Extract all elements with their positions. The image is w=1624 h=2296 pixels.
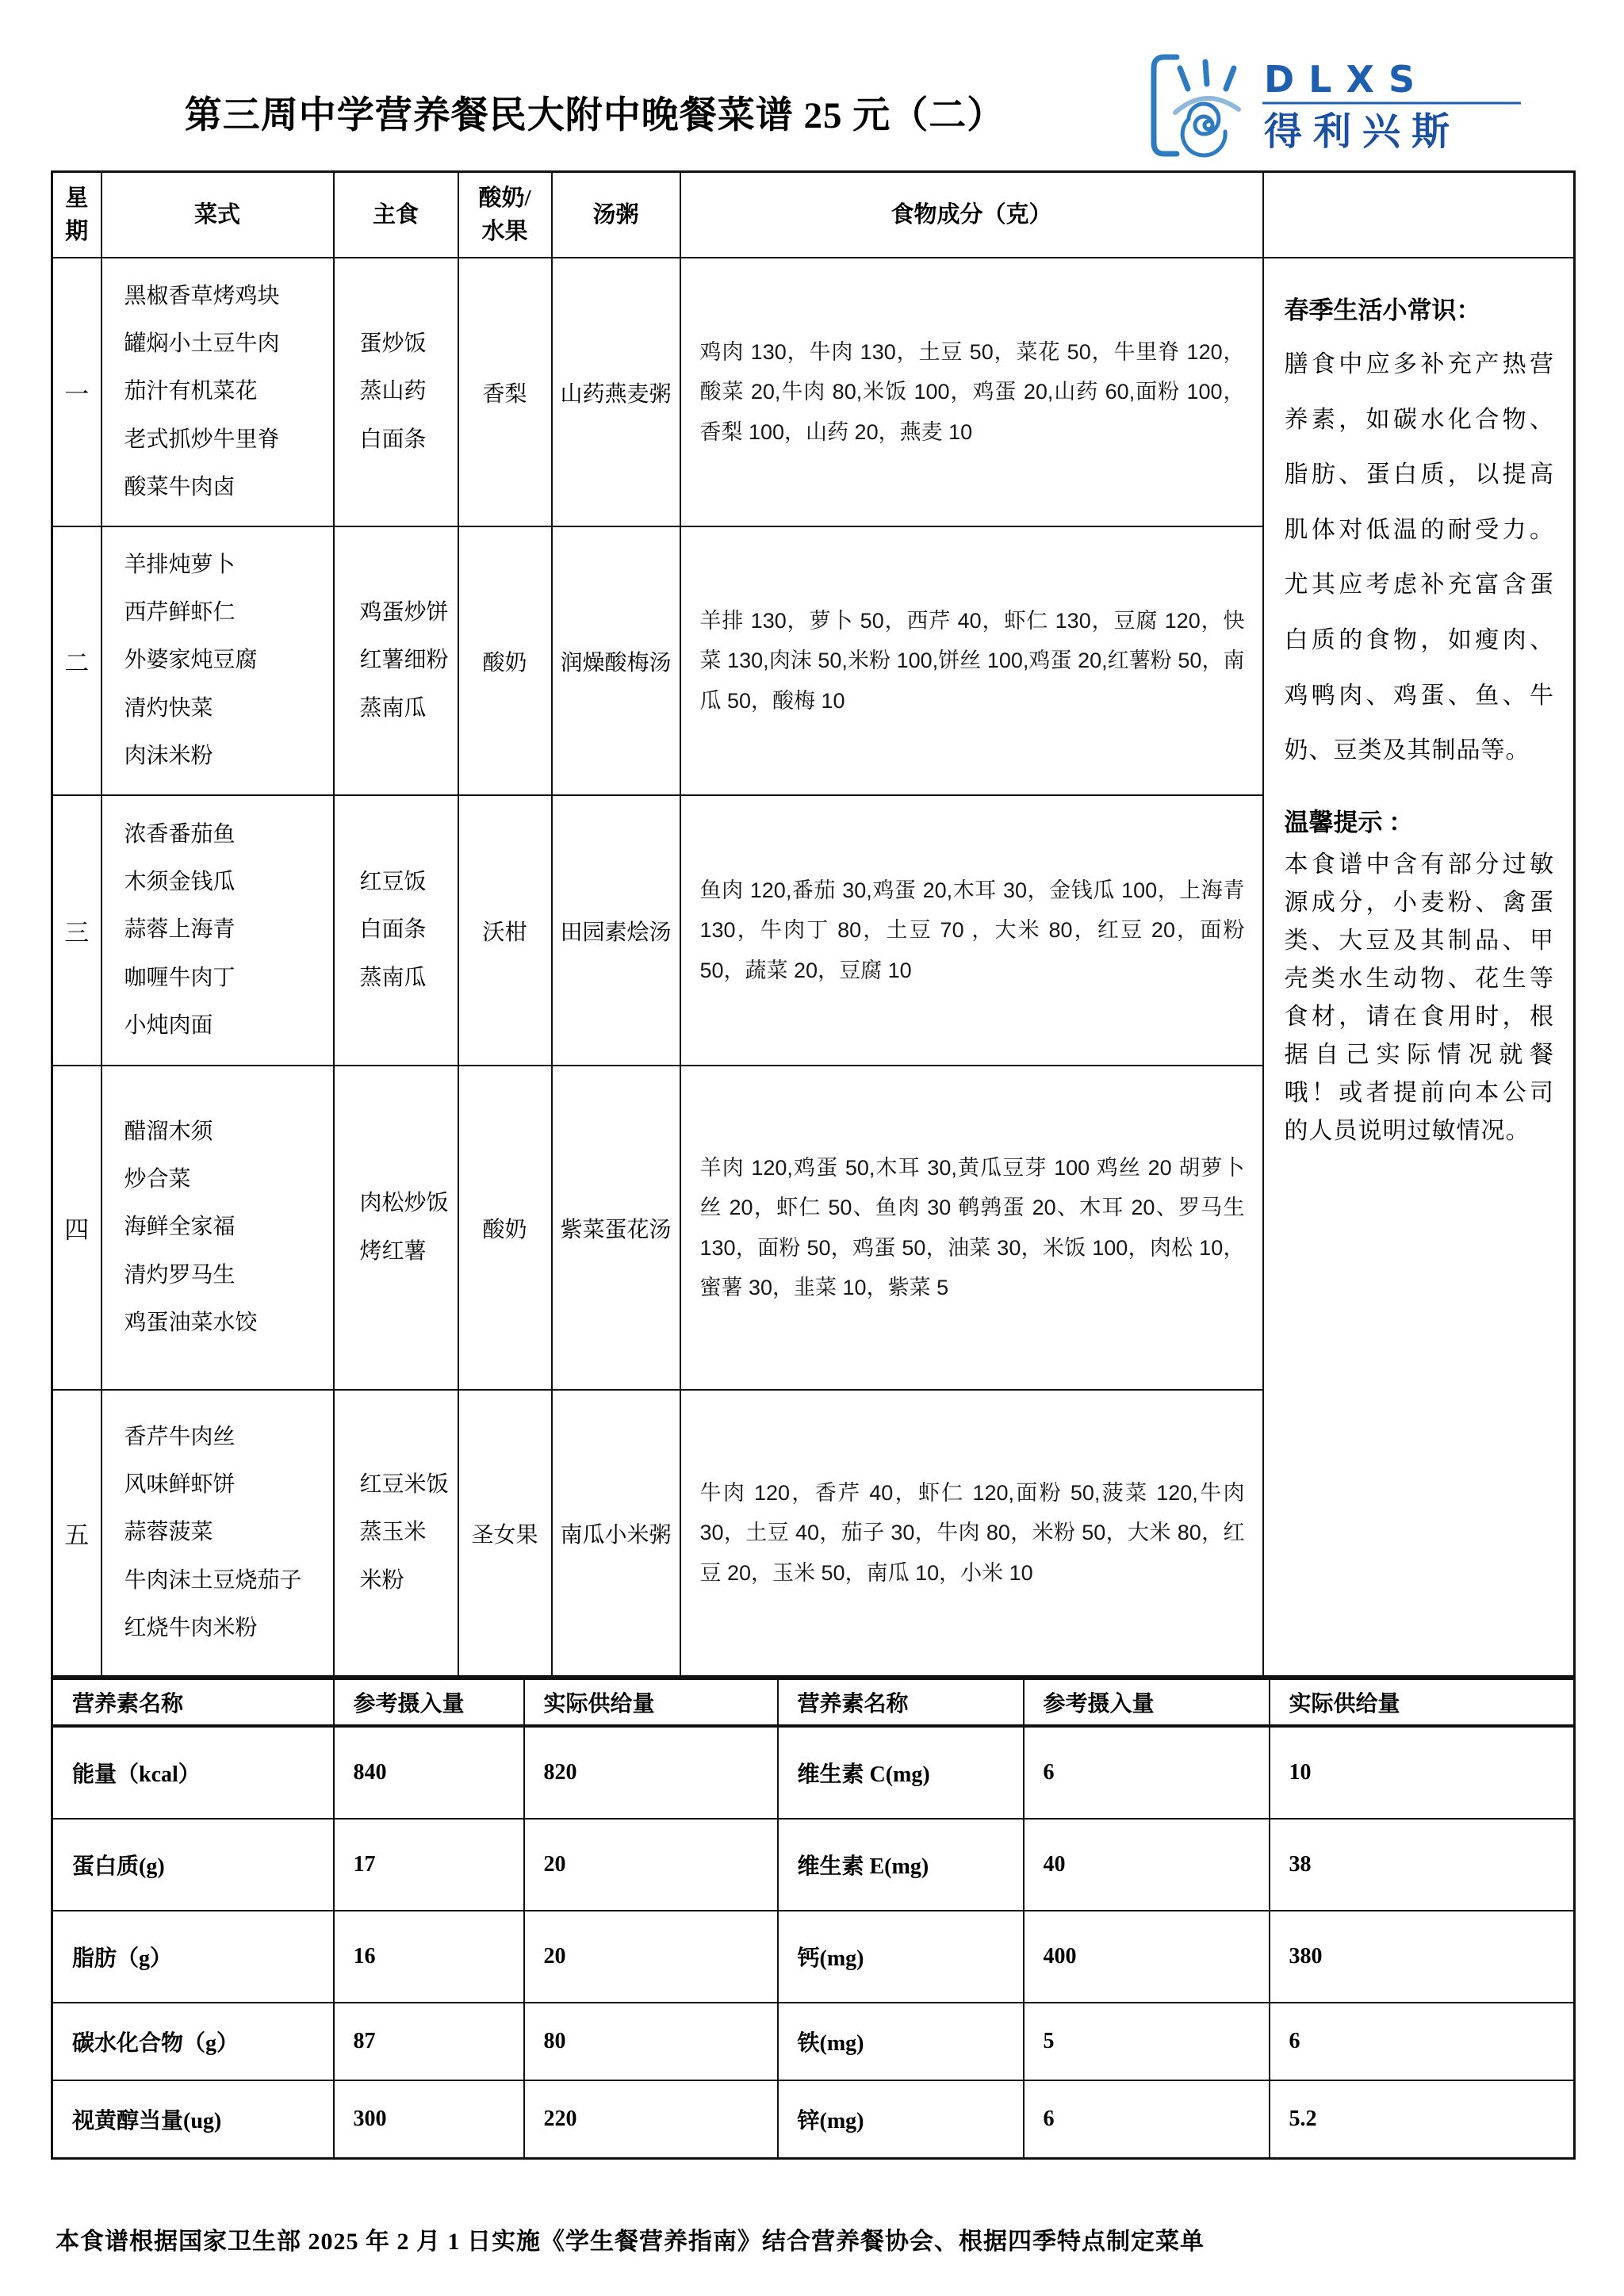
day-cell: 一 [52,258,101,526]
soup-cell: 润燥酸梅汤 [552,526,680,795]
ingredients-cell: 羊排 130，萝卜 50，西芹 40，虾仁 130，豆腐 120，快菜 130,… [680,526,1263,795]
staples-cell: 鸡蛋炒饼 红薯细粉 蒸南瓜 [334,526,458,795]
dishes-cell: 香芹牛肉丝 风味鲜虾饼 蒜蓉菠菜 牛肉沫土豆烧茄子 红烧牛肉米粉 [101,1390,334,1677]
logo-letters: DLXS [1264,58,1429,101]
seasonal-tip-body: 膳食中应多补充产热营养素，如碳水化合物、脂肪、蛋白质，以提高肌体对低温的耐受力。… [1285,337,1555,779]
allergy-notice-title: 温馨提示 ： [1285,802,1555,838]
footer-note: 本食谱根据国家卫生部 2025 年 2 月 1 日实施《学生餐营养指南》结合营养… [56,2221,1573,2256]
header-yogurt-fruit: 酸奶/ 水果 [458,172,552,258]
soup-cell: 田园素烩汤 [552,795,680,1066]
nutrient-name: 维生素 C(mg) [778,1726,1024,1819]
company-logo: DLXS 得利兴斯 [1148,52,1545,163]
reference-intake: 17 [334,1819,524,1911]
nutrition-row: 视黄醇当量(ug) 300 220 锌(mg) 6 5.2 [52,2080,1575,2159]
nutrient-name: 视黄醇当量(ug) [52,2080,334,2159]
menu-document-page: 第三周中学营养餐民大附中晚餐菜谱 25 元（二） DLXS 得利兴斯 星期 菜式 [0,0,1624,2296]
fruit-cell: 圣女果 [458,1390,552,1677]
sidebar-cell: 春季生活小常识： 膳食中应多补充产热营养素，如碳水化合物、脂肪、蛋白质，以提高肌… [1263,258,1575,1677]
staples-cell: 肉松炒饭 烤红薯 [334,1066,458,1390]
nutrient-name-header: 营养素名称 [52,1679,334,1727]
reference-intake: 87 [334,2003,524,2080]
menu-header-row: 星期 菜式 主食 酸奶/ 水果 汤粥 食物成分（克） [52,172,1575,258]
actual-supply: 220 [524,2080,778,2159]
reference-intake: 400 [1024,1911,1270,2003]
logo-graphic: DLXS 得利兴斯 [1148,52,1545,163]
nutrient-name: 碳水化合物（g） [52,2003,334,2080]
nutrition-table: 营养素名称 参考摄入量 实际供给量 营养素名称 参考摄入量 实际供给量 能量（k… [51,1678,1576,2160]
actual-supply: 80 [524,2003,778,2080]
day-cell: 三 [52,795,101,1066]
reference-intake: 6 [1024,2080,1270,2159]
nutrient-name: 能量（kcal） [52,1726,334,1819]
nutrient-name: 钙(mg) [778,1911,1024,2003]
dishes-cell: 浓香番茄鱼 木须金钱瓜 蒜蓉上海青 咖喱牛肉丁 小炖肉面 [101,795,334,1066]
actual-supply-header: 实际供给量 [1270,1679,1575,1727]
fruit-cell: 酸奶 [458,1066,552,1390]
staples-cell: 蛋炒饭 蒸山药 白面条 [334,258,458,526]
nutrient-name: 维生素 E(mg) [778,1819,1024,1911]
reference-intake: 40 [1024,1819,1270,1911]
nutrient-name: 脂肪（g） [52,1911,334,2003]
allergy-notice-body: 本食谱中含有部分过敏源成分，小麦粉、禽蛋类、大豆及其制品、甲壳类水生动物、花生等… [1285,846,1555,1150]
header-dishes: 菜式 [101,172,334,258]
document-content: 星期 菜式 主食 酸奶/ 水果 汤粥 食物成分（克） 一 黑椒香草烤鸡块 罐焖小… [51,170,1573,2256]
dishes-cell: 黑椒香草烤鸡块 罐焖小土豆牛肉 茄汁有机菜花 老式抓炒牛里脊 酸菜牛肉卤 [101,258,334,526]
nutrient-name: 蛋白质(g) [52,1819,334,1911]
header-weekday: 星期 [52,172,101,258]
staples-cell: 红豆米饭 蒸玉米 米粉 [334,1390,458,1677]
logo-frame [1154,57,1177,154]
dishes-cell: 羊排炖萝卜 西芹鲜虾仁 外婆家炖豆腐 清灼快菜 肉沫米粉 [101,526,334,795]
ingredients-cell: 羊肉 120,鸡蛋 50,木耳 30,黄瓜豆芽 100 鸡丝 20 胡萝卜丝 2… [680,1066,1263,1390]
reference-intake-header: 参考摄入量 [1024,1679,1270,1727]
day-cell: 四 [52,1066,101,1390]
reference-intake: 840 [334,1726,524,1819]
ingredients-cell: 鸡肉 130，牛肉 130，土豆 50，菜花 50，牛里脊 120，酸菜 20,… [680,258,1263,526]
reference-intake: 5 [1024,2003,1270,2080]
nutrition-row: 脂肪（g） 16 20 钙(mg) 400 380 [52,1911,1575,2003]
actual-supply-header: 实际供给量 [524,1679,778,1727]
staples-cell: 红豆饭 白面条 蒸南瓜 [334,795,458,1066]
day-cell: 五 [52,1390,101,1677]
logo-company-name: 得利兴斯 [1264,109,1461,154]
nutrition-row: 碳水化合物（g） 87 80 铁(mg) 5 6 [52,2003,1575,2080]
dishes-cell: 醋溜木须 炒合菜 海鲜全家福 清灼罗马生 鸡蛋油菜水饺 [101,1066,334,1390]
actual-supply: 20 [524,1911,778,2003]
ingredients-cell: 牛肉 120，香芹 40，虾仁 120,面粉 50,菠菜 120,牛肉 30，土… [680,1390,1263,1677]
soup-cell: 紫菜蛋花汤 [552,1066,680,1390]
reference-intake-header: 参考摄入量 [334,1679,524,1727]
reference-intake: 6 [1024,1726,1270,1819]
soup-cell: 南瓜小米粥 [552,1390,680,1677]
nutrition-header-row: 营养素名称 参考摄入量 实际供给量 营养素名称 参考摄入量 实际供给量 [52,1679,1575,1727]
logo-lash-icon [1205,62,1207,84]
ingredients-cell: 鱼肉 120,番茄 30,鸡蛋 20,木耳 30，金钱瓜 100，上海青 130… [680,795,1263,1066]
actual-supply: 5.2 [1270,2080,1575,2159]
seasonal-tip-title: 春季生活小常识： [1285,290,1555,326]
fruit-cell: 沃柑 [458,795,552,1066]
actual-supply: 20 [524,1819,778,1911]
nutrition-row: 蛋白质(g) 17 20 维生素 E(mg) 40 38 [52,1819,1575,1911]
actual-supply: 38 [1270,1819,1575,1911]
header-staple: 主食 [334,172,458,258]
reference-intake: 16 [334,1911,524,2003]
nutrition-row: 能量（kcal） 840 820 维生素 C(mg) 6 10 [52,1726,1575,1819]
actual-supply: 820 [524,1726,778,1819]
actual-supply: 6 [1270,2003,1575,2080]
fruit-cell: 酸奶 [458,526,552,795]
nutrient-name-header: 营养素名称 [778,1679,1024,1727]
header-soup: 汤粥 [552,172,680,258]
fruit-cell: 香梨 [458,258,552,526]
nutrient-name: 锌(mg) [778,2080,1024,2159]
reference-intake: 300 [334,2080,524,2159]
soup-cell: 山药燕麦粥 [552,258,680,526]
logo-eye-swirl-icon [1182,104,1225,155]
logo-lash-icon [1226,68,1234,89]
weekly-menu-table: 星期 菜式 主食 酸奶/ 水果 汤粥 食物成分（克） 一 黑椒香草烤鸡块 罐焖小… [51,170,1576,1678]
day-cell: 二 [52,526,101,795]
menu-row-monday: 一 黑椒香草烤鸡块 罐焖小土豆牛肉 茄汁有机菜花 老式抓炒牛里脊 酸菜牛肉卤 蛋… [52,258,1575,526]
actual-supply: 10 [1270,1726,1575,1819]
nutrient-name: 铁(mg) [778,2003,1024,2080]
logo-lash-icon [1180,68,1188,89]
actual-supply: 380 [1270,1911,1575,2003]
header-ingredients: 食物成分（克） [680,172,1263,258]
page-title: 第三周中学营养餐民大附中晚餐菜谱 25 元（二） [52,86,1138,139]
header-sidebar-blank [1263,172,1575,258]
